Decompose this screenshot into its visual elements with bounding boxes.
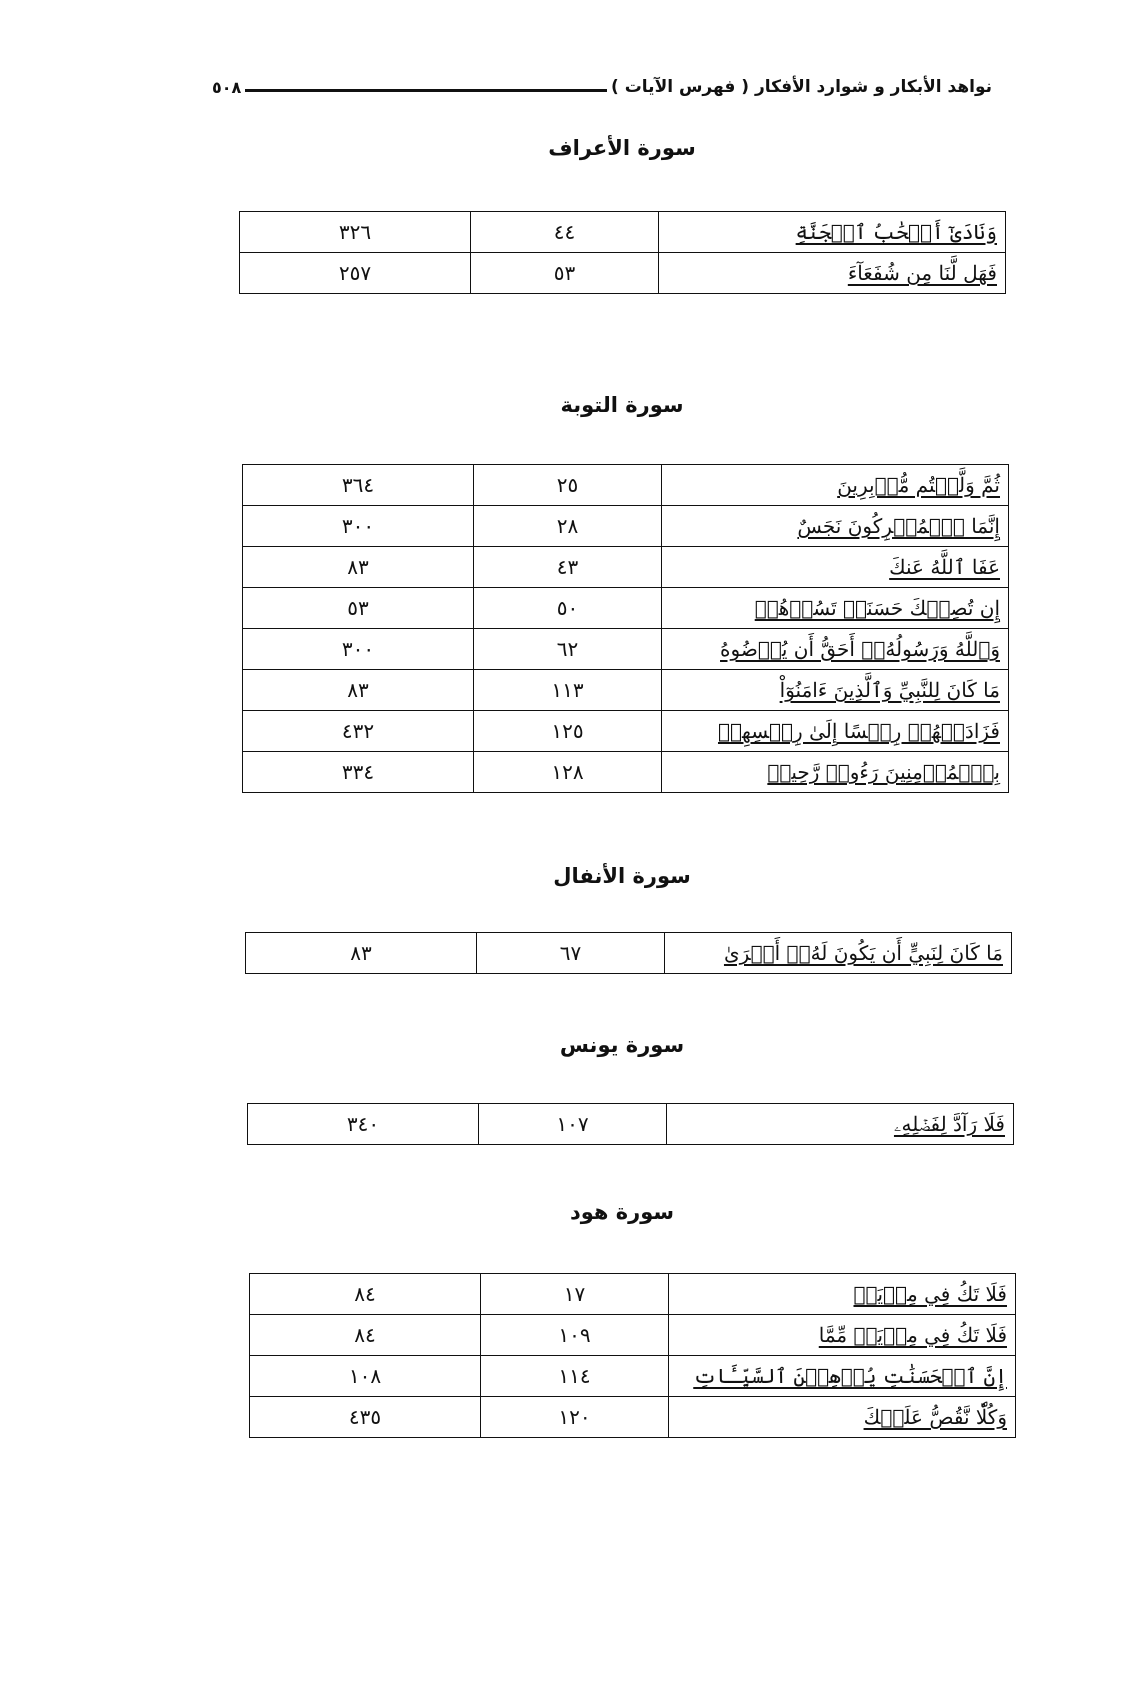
ayah-number: ١١٣ [474, 670, 662, 711]
page-ref: ٨٣ [246, 933, 477, 974]
page-ref: ٨٤ [250, 1274, 481, 1315]
verse-text: ثُمَّ وَلَّيۡتُم مُّدۡبِرِينَ [662, 465, 1009, 506]
ayah-number: ٤٣ [474, 547, 662, 588]
verse-table: وَنَادَىٰٓ أَصۡحَٰبُ ٱلۡجَنَّةِ ٤٤ ٣٢٦ ف… [239, 211, 1006, 294]
table-row: عَفَا ٱللَّهُ عَنكَ ٤٣ ٨٣ [243, 547, 1009, 588]
table-row: فَلَا رَآدَّ لِفَضۡلِهِۦ ١٠٧ ٣٤٠ [248, 1104, 1014, 1145]
page-ref: ٨٣ [243, 547, 474, 588]
table-row: إِنَّ ٱلۡحَسَنَٰتِ يُذۡهِبۡنَ ٱلسَّيِّـَ… [250, 1356, 1016, 1397]
surah-title: سورة الأعراف [239, 136, 1005, 160]
verse-text: عَفَا ٱللَّهُ عَنكَ [662, 547, 1009, 588]
verse-text: إِن تُصِبۡكَ حَسَنَةٞ تَسُؤۡهُمۡ [662, 588, 1009, 629]
surah-title: سورة التوبة [239, 393, 1005, 417]
table-row: إِنَّمَا ٱلۡمُشۡرِكُونَ نَجَسٌ ٢٨ ٣٠٠ [243, 506, 1009, 547]
verse-text: فَلَا تَكُ فِي مِرۡيَةٖ [669, 1274, 1016, 1315]
page-ref: ٣٠٠ [243, 629, 474, 670]
verse-text: وَنَادَىٰٓ أَصۡحَٰبُ ٱلۡجَنَّةِ [659, 212, 1006, 253]
page-ref: ٣٢٦ [240, 212, 471, 253]
verse-table: مَا كَانَ لِنَبِيٍّ أَن يَكُونَ لَهُۥٓ أ… [245, 932, 1012, 974]
verse-table: ثُمَّ وَلَّيۡتُم مُّدۡبِرِينَ ٢٥ ٣٦٤ إِن… [242, 464, 1009, 793]
ayah-number: ١٢٠ [481, 1397, 669, 1438]
ayah-number: ٥٣ [471, 253, 659, 294]
table-row: ثُمَّ وَلَّيۡتُم مُّدۡبِرِينَ ٢٥ ٣٦٤ [243, 465, 1009, 506]
surah-title: سورة هود [239, 1200, 1005, 1224]
book-title: نواهد الأبكار و شوارد الأفكار ( فهرس الآ… [611, 77, 992, 97]
verse-text: وَكُلّٗا نَّقُصُّ عَلَيۡكَ [669, 1397, 1016, 1438]
page-ref: ٥٣ [243, 588, 474, 629]
ayah-number: ٤٤ [471, 212, 659, 253]
verse-text: فَزَادَتۡهُمۡ رِجۡسًا إِلَىٰ رِجۡسِهِمۡ [662, 711, 1009, 752]
running-header: نواهد الأبكار و شوارد الأفكار ( فهرس الآ… [212, 72, 992, 102]
page-ref: ٢٥٧ [240, 253, 471, 294]
ayah-number: ١٢٨ [474, 752, 662, 793]
verse-text: مَا كَانَ لِنَبِيٍّ أَن يَكُونَ لَهُۥٓ أ… [665, 933, 1012, 974]
page-ref: ٣٣٤ [243, 752, 474, 793]
header-rule [245, 89, 607, 92]
table-row: وَنَادَىٰٓ أَصۡحَٰبُ ٱلۡجَنَّةِ ٤٤ ٣٢٦ [240, 212, 1006, 253]
table-row: فَزَادَتۡهُمۡ رِجۡسًا إِلَىٰ رِجۡسِهِمۡ … [243, 711, 1009, 752]
table-row: مَا كَانَ لِنَبِيٍّ أَن يَكُونَ لَهُۥٓ أ… [246, 933, 1012, 974]
verse-table: فَلَا رَآدَّ لِفَضۡلِهِۦ ١٠٧ ٣٤٠ [247, 1103, 1014, 1145]
page-ref: ٨٤ [250, 1315, 481, 1356]
verse-text: بِٱلۡمُؤۡمِنِينَ رَءُوفٞ رَّحِيمٞ [662, 752, 1009, 793]
page-number: ٥٠٨ [212, 78, 241, 97]
table-row: وَٱللَّهُ وَرَسُولُهُۥٓ أَحَقُّ أَن يُرۡ… [243, 629, 1009, 670]
table-row: مَا كَانَ لِلنَّبِيِّ وَٱلَّذِينَ ءَامَن… [243, 670, 1009, 711]
page-ref: ١٠٨ [250, 1356, 481, 1397]
ayah-number: ٦٢ [474, 629, 662, 670]
page-ref: ٣٦٤ [243, 465, 474, 506]
verse-text: فَلَا رَآدَّ لِفَضۡلِهِۦ [667, 1104, 1014, 1145]
surah-title: سورة الأنفال [239, 864, 1005, 888]
verse-text: وَٱللَّهُ وَرَسُولُهُۥٓ أَحَقُّ أَن يُرۡ… [662, 629, 1009, 670]
verse-text: إِنَّ ٱلۡحَسَنَٰتِ يُذۡهِبۡنَ ٱلسَّيِّـَ… [669, 1356, 1016, 1397]
verse-table: فَلَا تَكُ فِي مِرۡيَةٖ ١٧ ٨٤ فَلَا تَكُ… [249, 1273, 1016, 1438]
ayah-number: ١٢٥ [474, 711, 662, 752]
verse-text: فَهَل لَّنَا مِن شُفَعَآءَ [659, 253, 1006, 294]
ayah-number: ٥٠ [474, 588, 662, 629]
table-row: فَهَل لَّنَا مِن شُفَعَآءَ ٥٣ ٢٥٧ [240, 253, 1006, 294]
page-ref: ٣٠٠ [243, 506, 474, 547]
page-ref: ٤٣٥ [250, 1397, 481, 1438]
verse-text: فَلَا تَكُ فِي مِرۡيَةٖ مِّمَّا [669, 1315, 1016, 1356]
ayah-number: ٢٨ [474, 506, 662, 547]
surah-title: سورة يونس [239, 1033, 1005, 1057]
table-row: بِٱلۡمُؤۡمِنِينَ رَءُوفٞ رَّحِيمٞ ١٢٨ ٣٣… [243, 752, 1009, 793]
page-ref: ٨٣ [243, 670, 474, 711]
table-row: إِن تُصِبۡكَ حَسَنَةٞ تَسُؤۡهُمۡ ٥٠ ٥٣ [243, 588, 1009, 629]
page-ref: ٣٤٠ [248, 1104, 479, 1145]
verse-text: مَا كَانَ لِلنَّبِيِّ وَٱلَّذِينَ ءَامَن… [662, 670, 1009, 711]
table-row: فَلَا تَكُ فِي مِرۡيَةٖ ١٧ ٨٤ [250, 1274, 1016, 1315]
page-ref: ٤٣٢ [243, 711, 474, 752]
ayah-number: ١١٤ [481, 1356, 669, 1397]
table-row: وَكُلّٗا نَّقُصُّ عَلَيۡكَ ١٢٠ ٤٣٥ [250, 1397, 1016, 1438]
verse-text: إِنَّمَا ٱلۡمُشۡرِكُونَ نَجَسٌ [662, 506, 1009, 547]
ayah-number: ١٧ [481, 1274, 669, 1315]
table-row: فَلَا تَكُ فِي مِرۡيَةٖ مِّمَّا ١٠٩ ٨٤ [250, 1315, 1016, 1356]
ayah-number: ٢٥ [474, 465, 662, 506]
ayah-number: ١٠٧ [479, 1104, 667, 1145]
ayah-number: ٦٧ [477, 933, 665, 974]
ayah-number: ١٠٩ [481, 1315, 669, 1356]
